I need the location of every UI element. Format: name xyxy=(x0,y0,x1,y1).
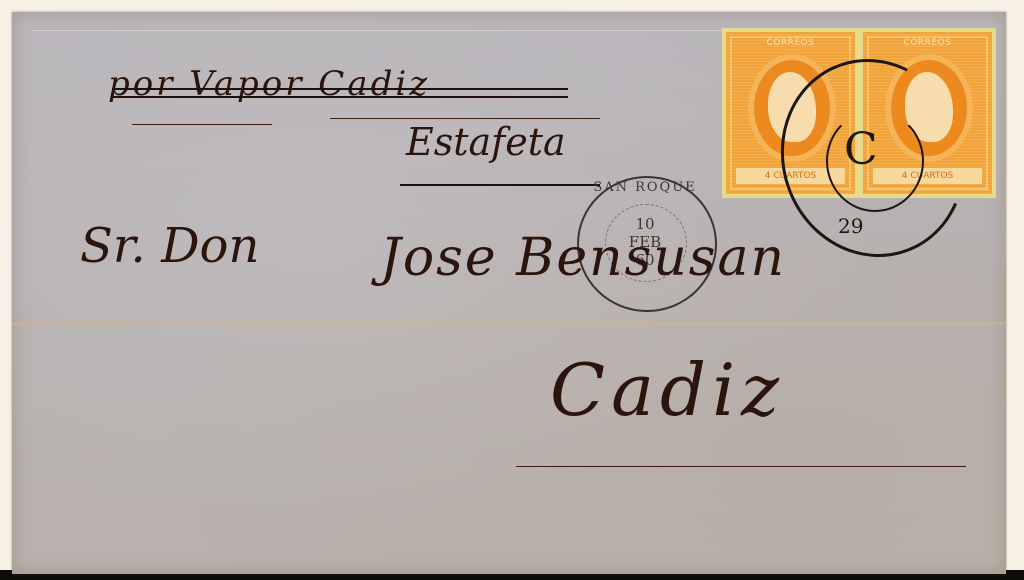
cancel-letter: C xyxy=(844,124,878,175)
stamp-top-label: CORREOS xyxy=(726,38,855,48)
salutation: Sr. Don xyxy=(80,218,259,274)
city-underline xyxy=(516,466,966,467)
underline xyxy=(132,124,272,125)
estafeta-note: Estafeta xyxy=(406,120,566,164)
datestamp-town: SAN ROQUE xyxy=(577,180,713,195)
strike-line xyxy=(112,96,568,98)
cancel-number: 29 xyxy=(838,214,863,238)
destination-city: Cadiz xyxy=(550,348,785,432)
underline xyxy=(330,118,600,119)
addressee-name: Jose Bensusan xyxy=(380,228,786,288)
strike-line xyxy=(112,88,568,90)
route-note-struck-out: por Vapor Cadiz xyxy=(108,64,430,104)
stamp-top-label: CORREOS xyxy=(863,38,992,48)
estafeta-underline xyxy=(400,184,600,186)
